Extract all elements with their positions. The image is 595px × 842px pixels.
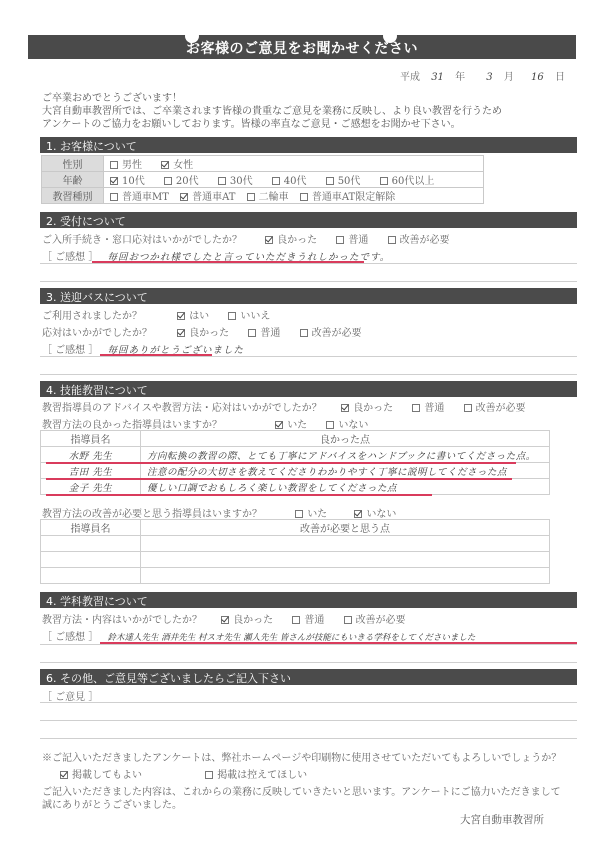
option-label: 普通 <box>424 403 444 414</box>
option-label: 10代 <box>122 176 145 187</box>
improve-point-cell[interactable] <box>141 568 550 584</box>
table-row <box>41 552 550 568</box>
option-label: 普通車AT <box>192 192 235 203</box>
classroom-question-row: 教習方法・内容はいかがでしたか？ 良かった 普通 改善が必要 <box>42 611 422 626</box>
option-yes[interactable]: はい <box>177 307 209 322</box>
option-at-limit-removal[interactable]: 普通車AT限定解除 <box>300 188 395 203</box>
instructor-name: 吉田 先生 <box>69 467 113 478</box>
table-row: 金子 先生 優しい口調でおもしろく楽しい教習をしてくださった点 <box>41 479 550 495</box>
comment-line <box>40 702 577 703</box>
option-label: 20代 <box>176 176 199 187</box>
checkbox-icon[interactable] <box>464 404 472 412</box>
option-needs-improvement[interactable]: 改善が必要 <box>388 231 450 246</box>
option-20s[interactable]: 20代 <box>164 172 199 187</box>
reception-question: ご入所手続き・窓口応対はいかがでしたか？ <box>42 231 262 246</box>
option-label: 良かった <box>353 403 393 414</box>
option-60s-plus[interactable]: 60代以上 <box>380 172 435 187</box>
bus-service-row: 応対はいかがでしたか？ 良かった 普通 改善が必要 <box>42 324 378 339</box>
option-motorcycle[interactable]: 二輪車 <box>247 188 289 203</box>
option-good[interactable]: 良かった <box>221 611 273 626</box>
section-4-header: 4. 技能教習について <box>40 381 577 397</box>
option-not-present[interactable]: いない <box>354 505 396 520</box>
option-good[interactable]: 良かった <box>265 231 317 246</box>
checkbox-icon[interactable] <box>326 421 334 429</box>
license-type-label: 教習種別 <box>42 188 104 204</box>
highlight-underline <box>46 462 516 464</box>
gender-options: 男性 女性 <box>104 156 484 172</box>
option-label: 良かった <box>189 328 229 339</box>
option-decline-publish[interactable]: 掲載は控えてほしい <box>205 766 307 781</box>
checkbox-icon[interactable] <box>272 177 280 185</box>
instructor-name-cell[interactable]: 水野 先生 <box>41 447 141 463</box>
comment-line <box>40 644 577 645</box>
highlight-underline <box>46 478 512 480</box>
license-type-row: 教習種別 普通車MT 普通車AT 二輪車 普通車AT限定解除 <box>42 188 484 204</box>
checkbox-icon[interactable] <box>336 236 344 244</box>
option-needs-improvement[interactable]: 改善が必要 <box>344 611 406 626</box>
checkbox-icon[interactable] <box>380 177 388 185</box>
option-label: 改善が必要 <box>312 328 362 339</box>
classroom-question: 教習方法・内容はいかがでしたか？ <box>42 611 218 626</box>
instructor-name-cell[interactable] <box>41 568 141 584</box>
option-average[interactable]: 普通 <box>248 324 280 339</box>
intro-line-2: 大宮自動車教習所では、ご卒業されます皆様の貴重なご意見を業務に反映し、より良い教… <box>42 105 582 118</box>
column-header-improve-points: 改善が必要と思う点 <box>141 520 550 536</box>
checkbox-icon[interactable] <box>295 510 303 518</box>
permission-options: 掲載してもよい 掲載は控えてほしい <box>60 766 323 781</box>
section-1-header: 1. お客様について <box>40 137 577 153</box>
checkbox-checked-icon[interactable] <box>110 177 118 185</box>
checkbox-checked-icon[interactable] <box>60 771 68 779</box>
option-label: 改善が必要 <box>356 615 406 626</box>
checkbox-icon[interactable] <box>164 177 172 185</box>
checkbox-icon[interactable] <box>292 616 300 624</box>
option-needs-improvement[interactable]: 改善が必要 <box>300 324 362 339</box>
good-instructor-row: 教習方法の良かった指導員はいますか？ いた いない <box>42 416 384 431</box>
table-row: 水野 先生 方向転換の教習の際、とても丁寧にアドバイスをハンドブックに書いてくだ… <box>41 447 550 463</box>
section-2-title: 2. 受付について <box>46 213 126 229</box>
date-day-label: 日 <box>555 72 565 83</box>
intro-line-1: ご卒業おめでとうございます！ <box>42 92 582 105</box>
comment-line <box>40 738 577 739</box>
good-point-text: 優しい口調でおもしろく楽しい教習をしてくださった点 <box>147 483 397 494</box>
instructor-advice-row: 教習指導員のアドバイスや教習方法・応対はいかがでしたか？ 良かった 普通 改善が… <box>42 399 542 414</box>
option-50s[interactable]: 50代 <box>326 172 361 187</box>
date-field: 平成 31 年 3 月 16 日 <box>400 68 565 83</box>
checkbox-checked-icon[interactable] <box>180 193 188 201</box>
option-average[interactable]: 普通 <box>292 611 324 626</box>
checkbox-icon[interactable] <box>247 193 255 201</box>
comment-line <box>40 374 577 375</box>
option-label: 普通車MT <box>122 192 169 203</box>
improve-instructor-table: 指導員名 改善が必要と思う点 <box>40 519 550 584</box>
option-standard-at[interactable]: 普通車AT <box>180 188 235 203</box>
option-label: 普通 <box>260 328 280 339</box>
thanks-line-2: 誠にありがとうございました。 <box>42 799 582 812</box>
table-row <box>41 536 550 552</box>
option-standard-mt[interactable]: 普通車MT <box>110 188 169 203</box>
comment-line <box>40 281 577 282</box>
improve-point-cell[interactable] <box>141 536 550 552</box>
date-month-label: 月 <box>504 72 514 83</box>
option-label: 改善が必要 <box>400 235 450 246</box>
comment-label: ［ ご感想 ］ <box>42 632 98 643</box>
bus-usage-question: ご利用されましたか？ <box>42 307 174 322</box>
good-point-cell[interactable]: 注意の配分の大切さを教えてくださりわかりやすく丁寧に説明してくださった点 <box>141 463 550 479</box>
section-5-title: 4. 学科教習について <box>46 593 148 609</box>
comment-label: ［ ご感想 ］ <box>42 252 98 263</box>
comment-line <box>40 720 577 721</box>
option-label: はい <box>189 311 209 322</box>
instructor-name-cell[interactable] <box>41 536 141 552</box>
checkbox-checked-icon[interactable] <box>354 510 362 518</box>
date-era: 平成 <box>400 72 420 83</box>
option-label: 女性 <box>173 160 193 171</box>
date-year-value[interactable]: 31 <box>431 72 444 83</box>
checkbox-checked-icon[interactable] <box>177 312 185 320</box>
option-label: 60代以上 <box>392 176 435 187</box>
bus-usage-row: ご利用されましたか？ はい いいえ <box>42 307 286 322</box>
section-5-header: 4. 学科教習について <box>40 592 577 608</box>
option-no[interactable]: いいえ <box>228 307 270 322</box>
classroom-comment-row: ［ ご感想 ］ 鈴木達人先生 酒井先生 村スオ先生 瀬人先生 皆さんが技能にもい… <box>42 628 475 643</box>
checkbox-icon[interactable] <box>326 177 334 185</box>
option-yes-present[interactable]: いた <box>295 505 327 520</box>
option-good[interactable]: 良かった <box>341 399 393 414</box>
comment-label: ［ ご感想 ］ <box>42 345 98 356</box>
option-10s[interactable]: 10代 <box>110 172 145 187</box>
checkbox-icon[interactable] <box>248 329 256 337</box>
good-instructor-question: 教習方法の良かった指導員はいますか？ <box>42 416 272 431</box>
age-row: 年齢 10代 20代 30代 40代 50代 60代以上 <box>42 172 484 188</box>
instructor-name: 金子 先生 <box>69 483 113 494</box>
option-30s[interactable]: 30代 <box>218 172 253 187</box>
option-good[interactable]: 良かった <box>177 324 229 339</box>
section-3-title: 3. 送迎バスについて <box>46 289 148 305</box>
intro-text: ご卒業おめでとうございます！ 大宮自動車教習所では、ご卒業されます皆様の貴重なご… <box>42 92 582 131</box>
table-row <box>41 568 550 584</box>
improve-point-cell[interactable] <box>141 552 550 568</box>
bus-service-question: 応対はいかがでしたか？ <box>42 324 174 339</box>
instructor-name-cell[interactable] <box>41 552 141 568</box>
signature: 大宮自動車教習所 <box>460 812 544 827</box>
option-label: いいえ <box>240 311 270 322</box>
checkbox-icon[interactable] <box>412 404 420 412</box>
option-label: 普通 <box>304 615 324 626</box>
good-point-cell[interactable]: 方向転換の教習の際、とても丁寧にアドバイスをハンドブックに書いてくださった点。 <box>141 447 550 463</box>
date-year-label: 年 <box>455 72 465 83</box>
age-label: 年齢 <box>42 172 104 188</box>
option-40s[interactable]: 40代 <box>272 172 307 187</box>
checkbox-icon[interactable] <box>218 177 226 185</box>
checkbox-checked-icon[interactable] <box>275 421 283 429</box>
option-allow-publish[interactable]: 掲載してもよい <box>60 766 142 781</box>
gender-label: 性別 <box>42 156 104 172</box>
customer-info-table: 性別 男性 女性 年齢 10代 20代 30代 40代 50代 60代以上 教習… <box>41 155 484 204</box>
option-label: 掲載してもよい <box>72 770 142 781</box>
option-label: 良かった <box>233 615 273 626</box>
section-6-header: 6. その他、ご意見等ございましたらご記入下さい <box>40 669 577 685</box>
instructor-name-cell[interactable]: 金子 先生 <box>41 479 141 495</box>
checkbox-icon[interactable] <box>110 193 118 201</box>
checkbox-checked-icon[interactable] <box>341 404 349 412</box>
good-point-text: 方向転換の教習の際、とても丁寧にアドバイスをハンドブックに書いてくださった点。 <box>147 451 536 462</box>
column-header-good-points: 良かった点 <box>141 431 550 447</box>
option-female[interactable]: 女性 <box>161 156 193 171</box>
instructor-name-cell[interactable]: 吉田 先生 <box>41 463 141 479</box>
highlight-underline <box>46 494 432 496</box>
option-average[interactable]: 普通 <box>336 231 368 246</box>
checkbox-checked-icon[interactable] <box>177 329 185 337</box>
section-4-title: 4. 技能教習について <box>46 382 148 398</box>
checkbox-icon[interactable] <box>300 193 308 201</box>
comment-line <box>40 662 577 663</box>
checkbox-icon[interactable] <box>300 329 308 337</box>
option-label: 普通車AT限定解除 <box>312 192 395 203</box>
option-label: 掲載は控えてほしい <box>217 770 307 781</box>
checkbox-icon[interactable] <box>344 616 352 624</box>
column-header-instructor: 指導員名 <box>41 520 141 536</box>
option-label: 30代 <box>230 176 253 187</box>
section-2-header: 2. 受付について <box>40 212 577 228</box>
table-header-row: 指導員名 良かった点 <box>41 431 550 447</box>
section-3-header: 3. 送迎バスについて <box>40 288 577 304</box>
gender-row: 性別 男性 女性 <box>42 156 484 172</box>
date-day-value[interactable]: 16 <box>531 72 544 83</box>
column-header-instructor: 指導員名 <box>41 431 141 447</box>
instructor-name: 水野 先生 <box>69 451 113 462</box>
permission-question: ※ご記入いただきましたアンケートは、弊社ホームページや印刷物に使用させていただい… <box>42 752 582 765</box>
age-options: 10代 20代 30代 40代 50代 60代以上 <box>104 172 484 188</box>
option-not-present[interactable]: いない <box>326 416 368 431</box>
checkbox-checked-icon[interactable] <box>221 616 229 624</box>
checkbox-icon[interactable] <box>205 771 213 779</box>
option-label: 男性 <box>122 160 142 171</box>
thanks-line-1: ご記入いただきました内容は、これからの業務に反映していきたいと思います。アンケー… <box>42 786 582 799</box>
option-male[interactable]: 男性 <box>110 156 142 171</box>
form-title: お客様のご意見をお聞かせください <box>28 38 576 58</box>
option-needs-improvement[interactable]: 改善が必要 <box>464 399 526 414</box>
instructor-advice-question: 教習指導員のアドバイスや教習方法・応対はいかがでしたか？ <box>42 399 338 414</box>
good-point-cell[interactable]: 優しい口調でおもしろく楽しい教習をしてくださった点 <box>141 479 550 495</box>
comment-line <box>40 263 577 264</box>
improve-instructor-question: 教習方法の改善が必要と思う指導員はいますか？ <box>42 505 292 520</box>
option-yes-present[interactable]: いた <box>275 416 307 431</box>
option-label: 50代 <box>338 176 361 187</box>
good-point-text: 注意の配分の大切さを教えてくださりわかりやすく丁寧に説明してくださった点 <box>147 467 507 478</box>
date-month-value[interactable]: 3 <box>486 72 492 83</box>
option-label: 良かった <box>277 235 317 246</box>
checkbox-checked-icon[interactable] <box>265 236 273 244</box>
option-average[interactable]: 普通 <box>412 399 444 414</box>
option-label: 普通 <box>348 235 368 246</box>
other-comment-row: ［ ご意見 ］ <box>42 688 104 703</box>
checkbox-icon[interactable] <box>228 312 236 320</box>
section-6-title: 6. その他、ご意見等ございましたらご記入下さい <box>46 670 291 686</box>
table-row: 吉田 先生 注意の配分の大切さを教えてくださりわかりやすく丁寧に説明してくださっ… <box>41 463 550 479</box>
section-1-title: 1. お客様について <box>46 138 137 154</box>
improve-instructor-row: 教習方法の改善が必要と思う指導員はいますか？ いた いない <box>42 505 412 520</box>
form-title-bar: お客様のご意見をお聞かせください <box>28 35 576 59</box>
intro-line-3: アンケートのご協力をお願いしております。皆様の率直なご意見・ご感想をお聞かせ下さ… <box>42 118 582 131</box>
comment-line <box>40 356 577 357</box>
option-label: 改善が必要 <box>476 403 526 414</box>
option-label: 二輪車 <box>259 192 289 203</box>
reception-question-row: ご入所手続き・窓口応対はいかがでしたか？ 良かった 普通 改善が必要 <box>42 231 466 246</box>
license-type-options: 普通車MT 普通車AT 二輪車 普通車AT限定解除 <box>104 188 484 204</box>
thanks-message: ご記入いただきました内容は、これからの業務に反映していきたいと思います。アンケー… <box>42 786 582 812</box>
table-header-row: 指導員名 改善が必要と思う点 <box>41 520 550 536</box>
checkbox-icon[interactable] <box>388 236 396 244</box>
option-label: 40代 <box>284 176 307 187</box>
checkbox-checked-icon[interactable] <box>161 161 169 169</box>
checkbox-icon[interactable] <box>110 161 118 169</box>
